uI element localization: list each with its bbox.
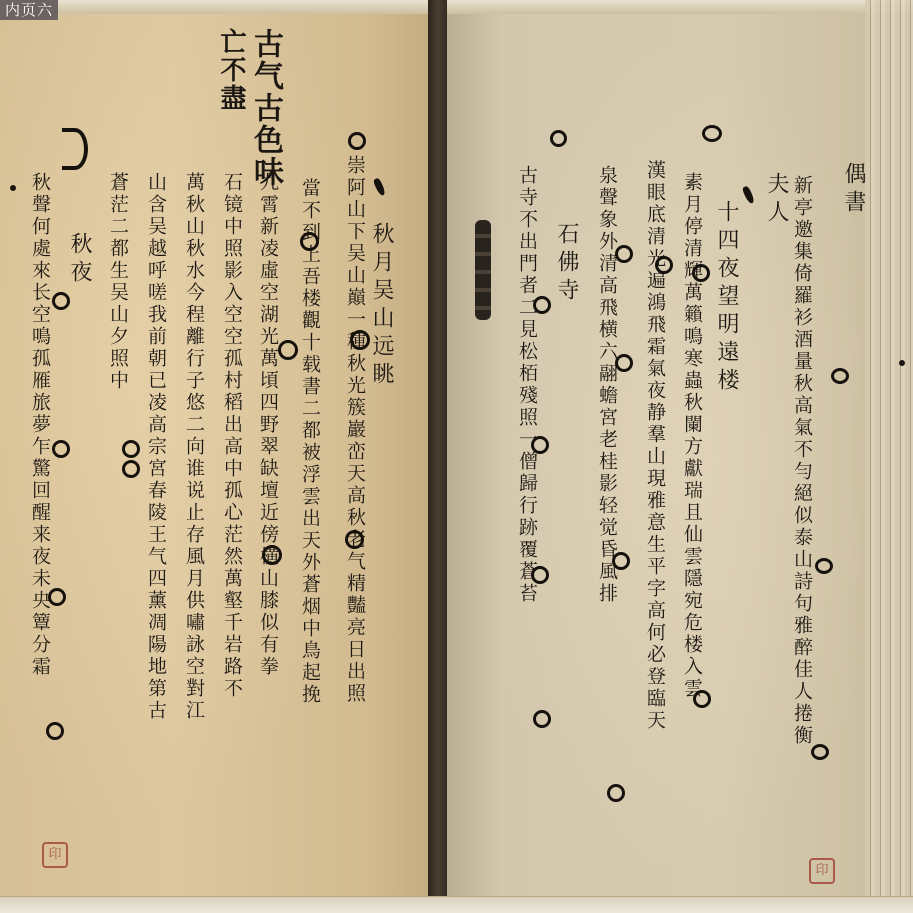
emphasis-tick-icon: [373, 177, 387, 196]
right-page: 書画題詩 石佛寺 古寺不出門者二見松栢殘照一僧歸行跡覆蒼苔 十四夜望明遠楼 素月…: [447, 0, 913, 913]
poem-line: 蒼茫二都生吴山夕照中: [108, 172, 127, 392]
circle-mark-icon: [702, 125, 722, 142]
circle-mark-icon: [615, 245, 633, 263]
circle-mark-icon: [46, 722, 64, 740]
circle-mark-icon: [693, 690, 711, 708]
circle-mark-icon: [550, 130, 567, 147]
circle-mark-icon: [531, 436, 549, 454]
circle-mark-icon: [815, 558, 833, 574]
circle-mark-icon: [350, 330, 370, 350]
circle-mark-icon: [300, 232, 319, 251]
circle-mark-icon: [48, 588, 66, 606]
emphasis-tick-icon: [742, 185, 756, 204]
bottom-edge: [0, 896, 913, 913]
poem-line: 泉聲象外清高飛横六翮蟾宮老桂影轻觉昏風排: [597, 165, 616, 605]
stacked-page-edges: [865, 0, 913, 913]
circle-mark-icon: [122, 440, 140, 458]
top-edge: [0, 0, 432, 14]
circle-mark-icon: [811, 744, 829, 760]
circle-mark-icon: [655, 256, 673, 274]
page-label: 内页六: [0, 0, 58, 20]
poem-line: 漢眼底清光遍鴻飛霜氣夜静羣山現雅意生平字高何必登臨天: [645, 160, 664, 732]
ink-dot: [10, 185, 16, 191]
margin-inscription-smudge: [475, 220, 491, 320]
circle-mark-icon: [615, 354, 633, 372]
circle-mark-icon: [607, 784, 625, 802]
circle-mark-icon: [348, 132, 366, 150]
circle-mark-icon: [345, 530, 364, 549]
poem-title-autumn-moon: 秋月吴山远眺: [370, 222, 392, 390]
poem-line: 石镜中照影入空空孤村稻出高中孤心茫然萬壑千岩路不: [222, 172, 241, 700]
top-edge: [447, 0, 913, 14]
header-inscription-main: 古气古色味: [250, 28, 280, 188]
poem-line: 崇阿山下吴山巔一種秋光簇巖峦天高秋老气精豔亮日出照: [345, 155, 364, 705]
manuscript-spread: 古气古色味 亡不盡 秋月吴山远眺 崇阿山下吴山巔一種秋光簇巖峦天高秋老气精豔亮日…: [0, 0, 913, 913]
circle-mark-icon: [692, 264, 710, 282]
circle-mark-icon: [533, 710, 551, 728]
circle-mark-icon: [531, 566, 549, 584]
poem-line: 萬秋山秋水今程離行子悠二向谁说止存風月供嘯詠空對江: [184, 172, 203, 722]
circle-mark-icon: [52, 292, 70, 310]
circle-mark-icon: [52, 440, 70, 458]
circle-mark-icon: [533, 296, 551, 314]
circle-mark-icon: [262, 545, 282, 565]
poem-line: 山含吴越呼嗟我前朝已凌高宗宮春陵王气四薰凋陽地第古: [146, 172, 165, 722]
poem-line: 素月停清輝萬籟鳴寒蟲秋闌方獻瑞且仙雲隱宛危楼入雲: [682, 172, 701, 700]
ink-dot: [899, 360, 905, 366]
poem-title-stone-buddha-temple: 石佛寺: [555, 222, 577, 306]
circle-mark-icon: [612, 552, 630, 570]
poem-title-occasional: 偶書: [842, 162, 864, 218]
poem-title-autumn-night: 秋夜: [68, 232, 90, 288]
red-seal-stamp: 印: [809, 858, 835, 884]
circle-mark-icon: [278, 340, 298, 360]
poem-line: 古寺不出門者二見松栢殘照一僧歸行跡覆蒼苔: [517, 165, 536, 605]
header-inscription-side: 亡不盡: [218, 28, 244, 112]
poem-line: 九霄新凌虛空湖光萬頃四野翠缺壇近傍横山膝似有拳: [258, 172, 277, 678]
section-hook-mark-icon: [62, 128, 88, 170]
poem-title-fourteenth-night: 十四夜望明遠楼: [715, 200, 737, 396]
circle-mark-icon: [831, 368, 849, 384]
poem-line: 秋聲何處來长空鳴孤雁旅夢乍驚回醒来夜未央簟分霜: [30, 172, 49, 678]
left-page: 古气古色味 亡不盡 秋月吴山远眺 崇阿山下吴山巔一種秋光簇巖峦天高秋老气精豔亮日…: [0, 0, 432, 913]
poem-subtitle-lady: 夫人: [765, 172, 787, 228]
red-seal-stamp: 印: [42, 842, 68, 868]
circle-mark-icon: [122, 460, 140, 478]
poem-line: 新亭邀集倚羅衫酒量秋高氣不勻絕似泰山詩句雅醉佳人捲衡: [792, 175, 811, 747]
poem-line: 當不到上吾楼觀十载書二都被浮雲出天外蒼烟中鳥起挽: [300, 178, 319, 706]
